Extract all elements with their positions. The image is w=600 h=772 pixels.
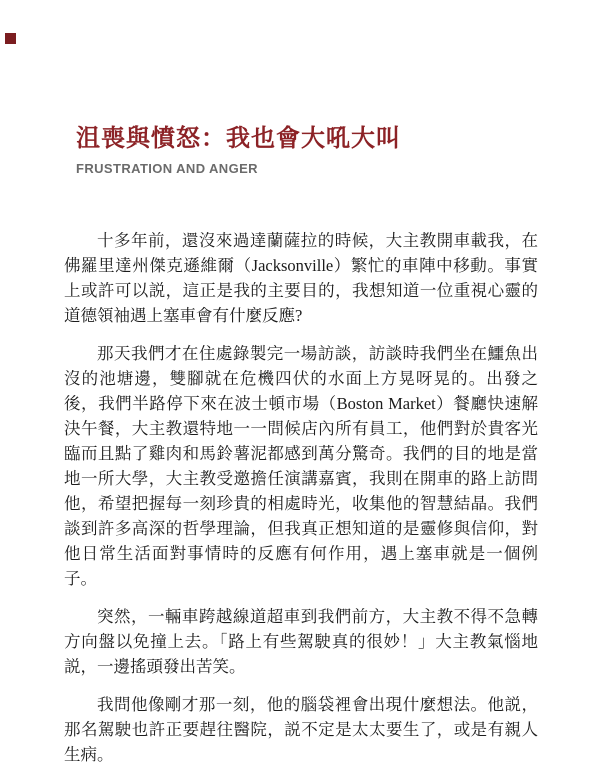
corner-marker — [5, 33, 16, 44]
body-paragraph: 十多年前，還沒來過達蘭薩拉的時候，大主教開車載我，在佛羅里達州傑克遜維爾（Jac… — [64, 228, 538, 328]
body-paragraph: 那天我們才在住處錄製完一場訪談，訪談時我們坐在鱷魚出沒的池塘邊，雙腳就在危機四伏… — [64, 341, 538, 591]
chapter-subtitle: FRUSTRATION AND ANGER — [76, 161, 540, 176]
chapter-header: 沮喪與憤怒：我也會大吼大叫 FRUSTRATION AND ANGER — [0, 0, 600, 176]
body-paragraph: 我問他像剛才那一刻，他的腦袋裡會出現什麼想法。他説，那名駕駛也許正要趕往醫院，説… — [64, 692, 538, 767]
book-page: 沮喪與憤怒：我也會大吼大叫 FRUSTRATION AND ANGER 十多年前… — [0, 0, 600, 772]
chapter-body: 十多年前，還沒來過達蘭薩拉的時候，大主教開車載我，在佛羅里達州傑克遜維爾（Jac… — [64, 228, 538, 767]
chapter-title: 沮喪與憤怒：我也會大吼大叫 — [76, 124, 540, 154]
body-paragraph: 突然，一輛車跨越線道超車到我們前方，大主教不得不急轉方向盤以免撞上去。「路上有些… — [64, 604, 538, 679]
